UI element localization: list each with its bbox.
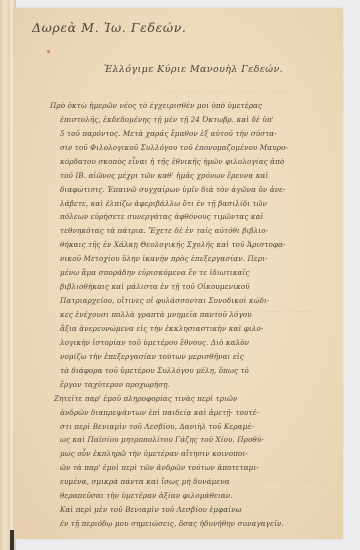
ink-bleed-through: ~~~~~~ ~~~~ ~~~ [244,478,325,486]
donation-note: Δωρεὰ Μ. Ἰω. Γεδεών. [32,20,186,35]
manuscript-page: ~~~~~~ ~~~~ ~~~~~~~~ ~~~ ~~~~ ~~~~~~~ ~~… [14,8,343,539]
salutation: Ἐλλόγιμε Κύριε Μανουὴλ Γεδεών. [104,64,283,75]
ink-bleed-through: ~~~~~~ ~~~~ ~~~~~~~~ ~~~ [164,88,294,96]
handwritten-line: ἐν τῇ περιόδῳ μου σημειώσεις, ὅσας ἠδυνή… [60,514,284,534]
paper-stain [47,50,50,53]
